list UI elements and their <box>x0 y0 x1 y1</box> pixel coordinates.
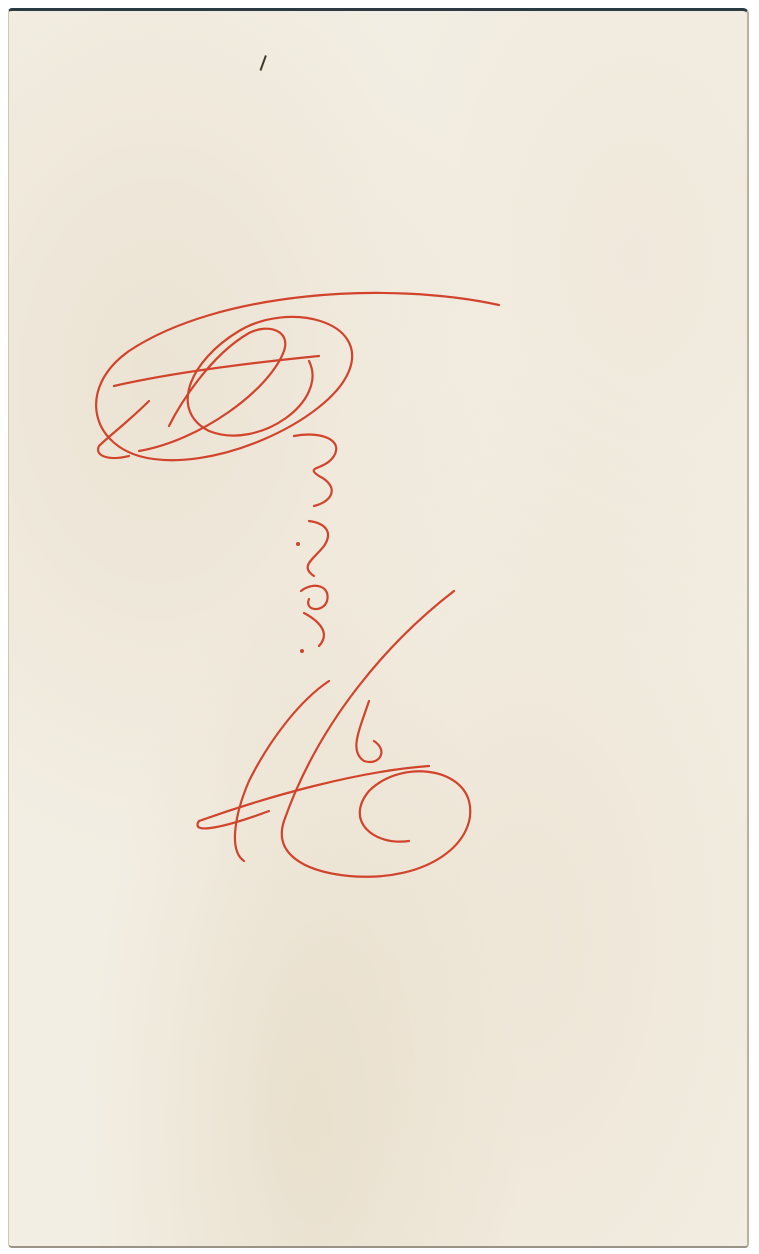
photo-card-back: PARIS, 8, Boulevard des Italiens LONDON,… <box>8 8 749 1248</box>
pencil-mark <box>260 55 273 73</box>
photographer-signature <box>69 261 539 921</box>
imprint-line-paris: PARIS, 8, Boulevard des Italiens <box>754 61 759 701</box>
photographer-imprint: PARIS, 8, Boulevard des Italiens LONDON,… <box>754 61 759 701</box>
